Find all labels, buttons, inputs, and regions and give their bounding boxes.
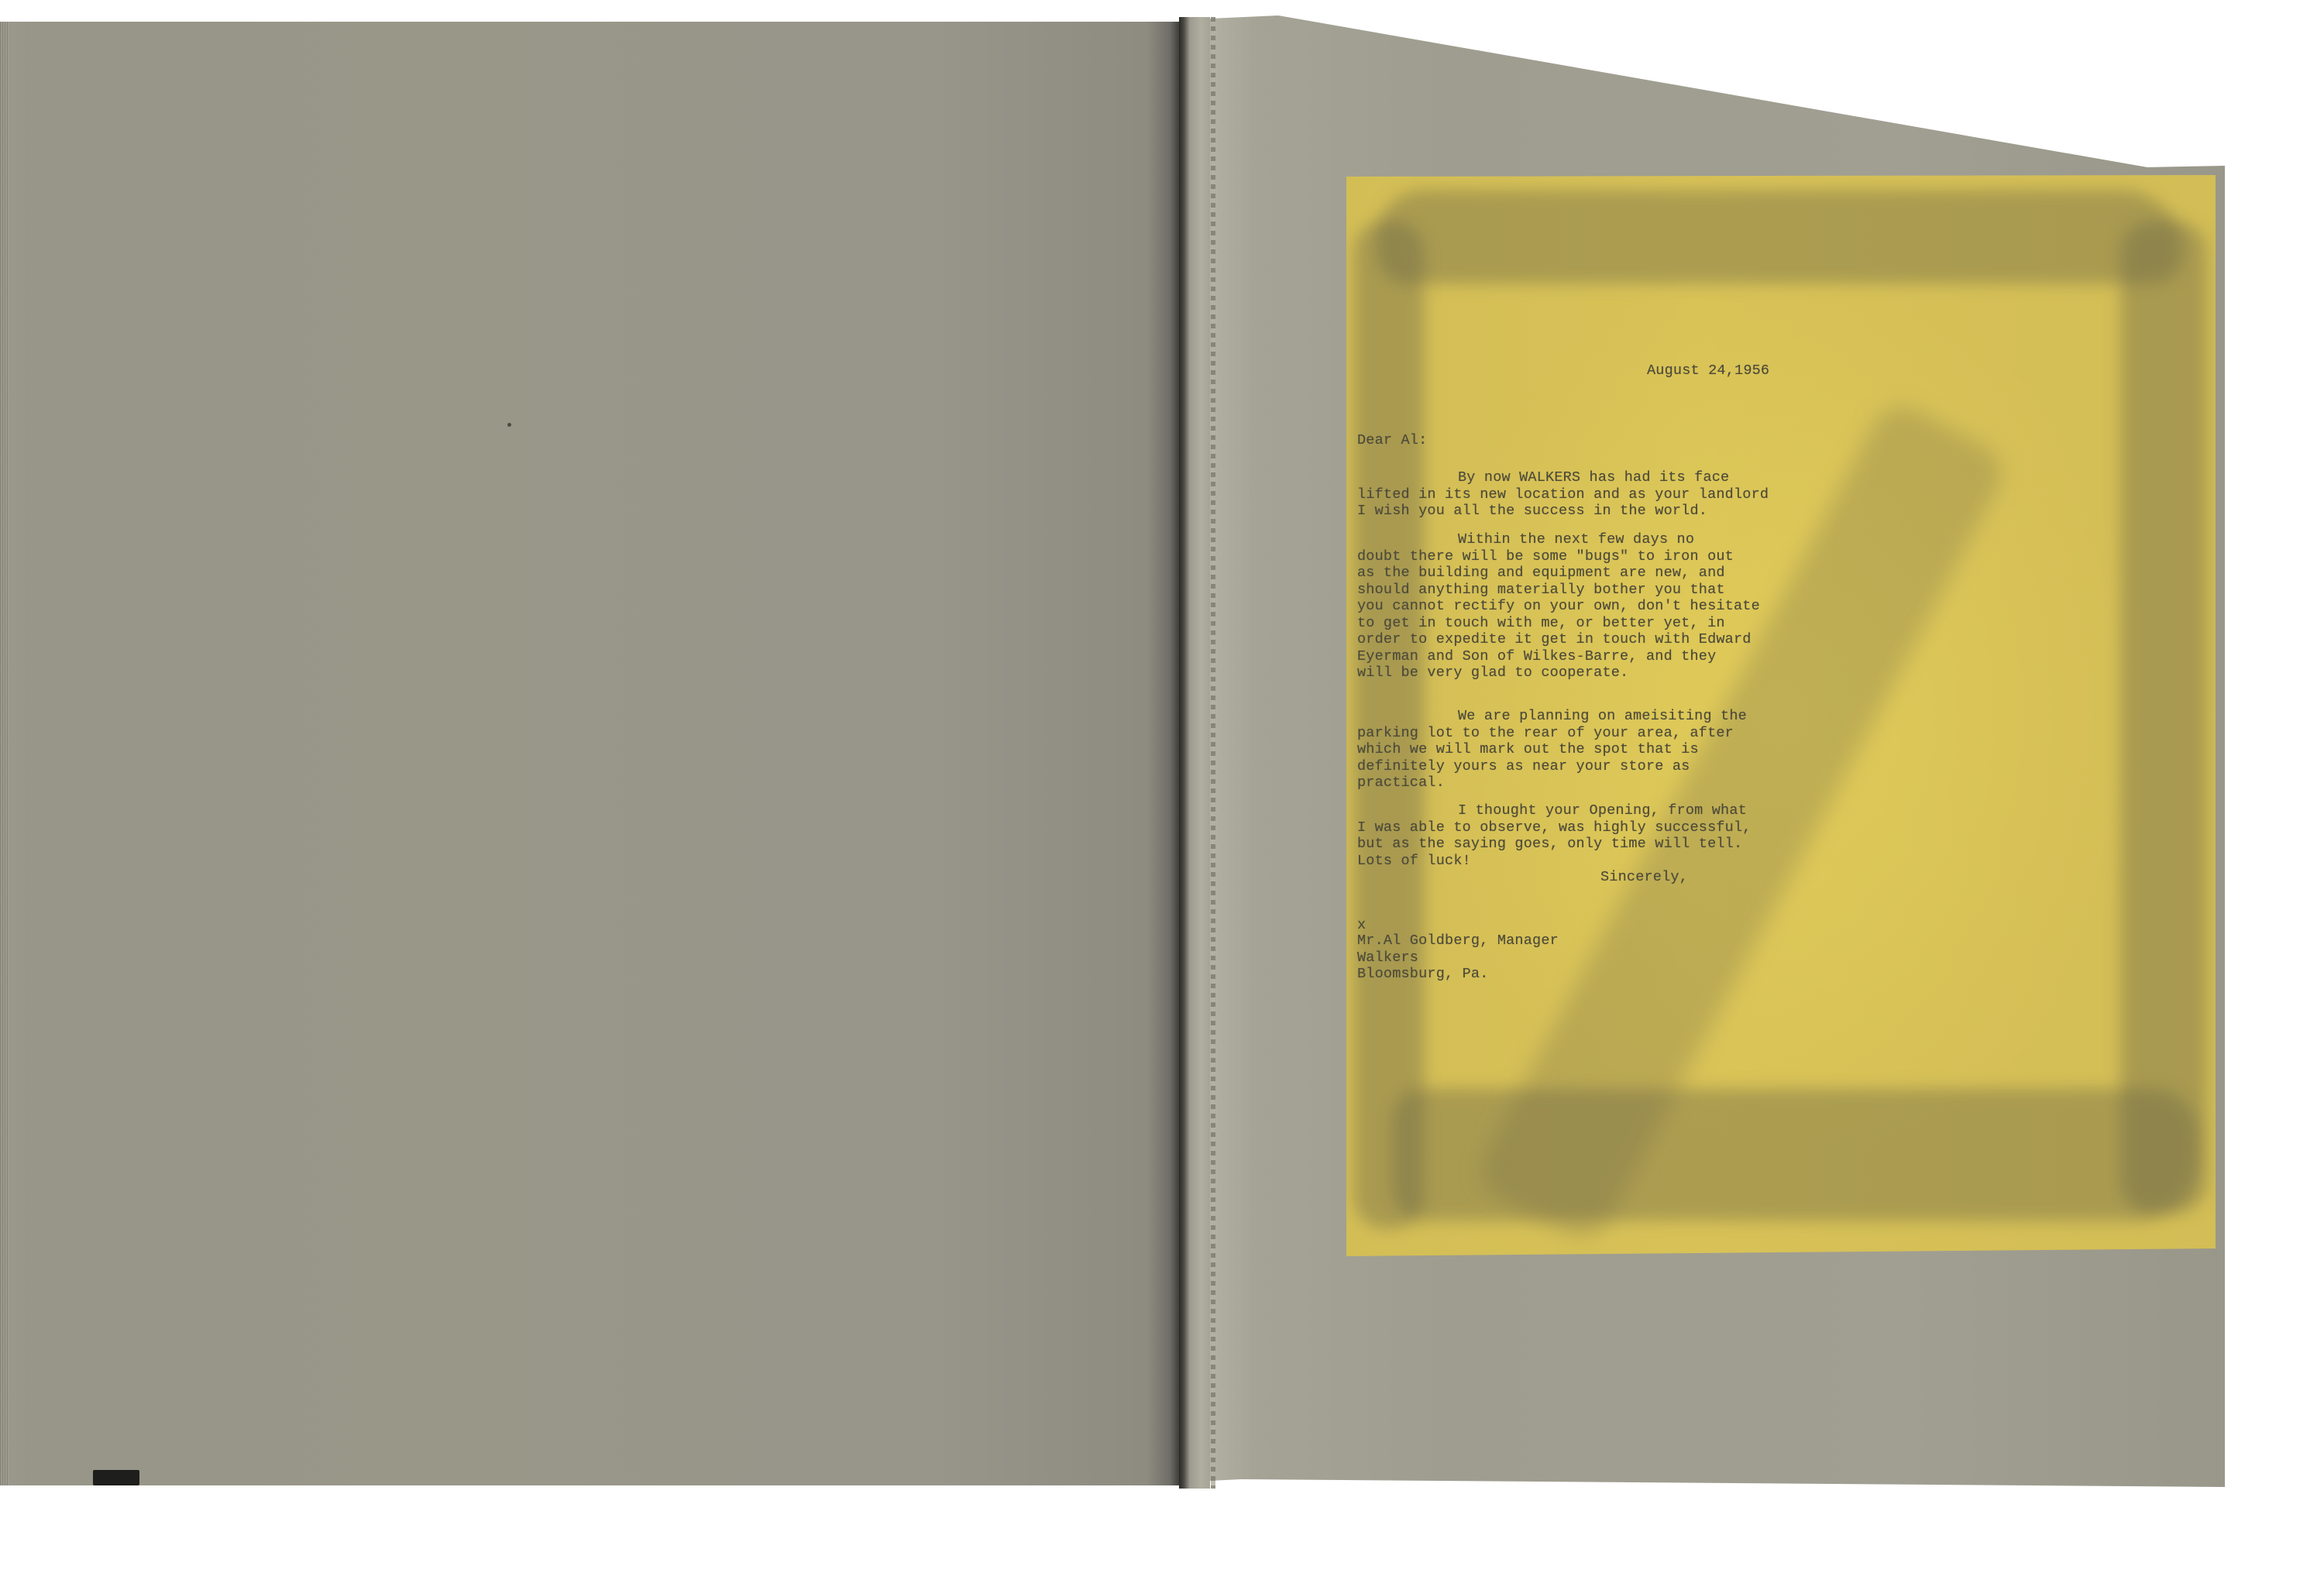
- yellow-carbon-letter: August 24,1956 Dear Al: By now WALKERS h…: [1346, 175, 2216, 1256]
- letter-closing: Sincerely,: [1600, 869, 1688, 886]
- letter-paragraph-4: I thought your Opening, from what I was …: [1357, 802, 1752, 869]
- letter-addressee: Mr.Al Goldberg, Manager Walkers Bloomsbu…: [1357, 932, 1559, 983]
- letter-salutation: Dear Al:: [1357, 432, 1427, 449]
- letter-paragraph-1: By now WALKERS has had its face lifted i…: [1357, 469, 1769, 520]
- smudge-top: [1377, 191, 2183, 283]
- stray-typed-mark: x: [1357, 917, 1366, 934]
- paper-speck: [507, 423, 511, 427]
- letter-paragraph-2: Within the next few days no doubt there …: [1357, 531, 1760, 682]
- letter-date: August 24,1956: [1647, 362, 1769, 379]
- scrapbook-spread: August 24,1956 Dear Al: By now WALKERS h…: [0, 0, 2324, 1590]
- left-page-blank: [0, 22, 1179, 1485]
- letter-paragraph-3: We are planning on ameisiting the parkin…: [1357, 708, 1747, 792]
- binding-stitch: [1211, 17, 1215, 1489]
- smudge-right: [2121, 222, 2206, 1213]
- binding-tab: [93, 1470, 139, 1485]
- book-gutter: [1179, 17, 1210, 1489]
